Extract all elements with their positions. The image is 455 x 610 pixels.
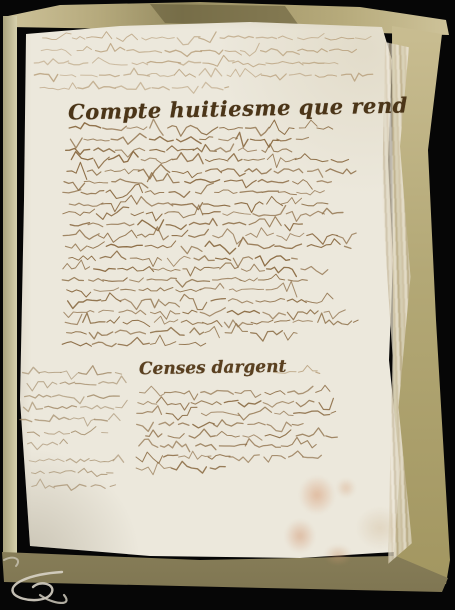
page-stain	[318, 540, 358, 570]
book-cover-left-edge	[3, 16, 17, 564]
section-heading: Censes dargent	[139, 357, 287, 380]
page-stain	[348, 500, 412, 556]
page-stain	[332, 474, 360, 502]
page-stain	[278, 512, 322, 560]
photo-background: Compte huitiesme que rend Censes dargent	[0, 0, 455, 610]
